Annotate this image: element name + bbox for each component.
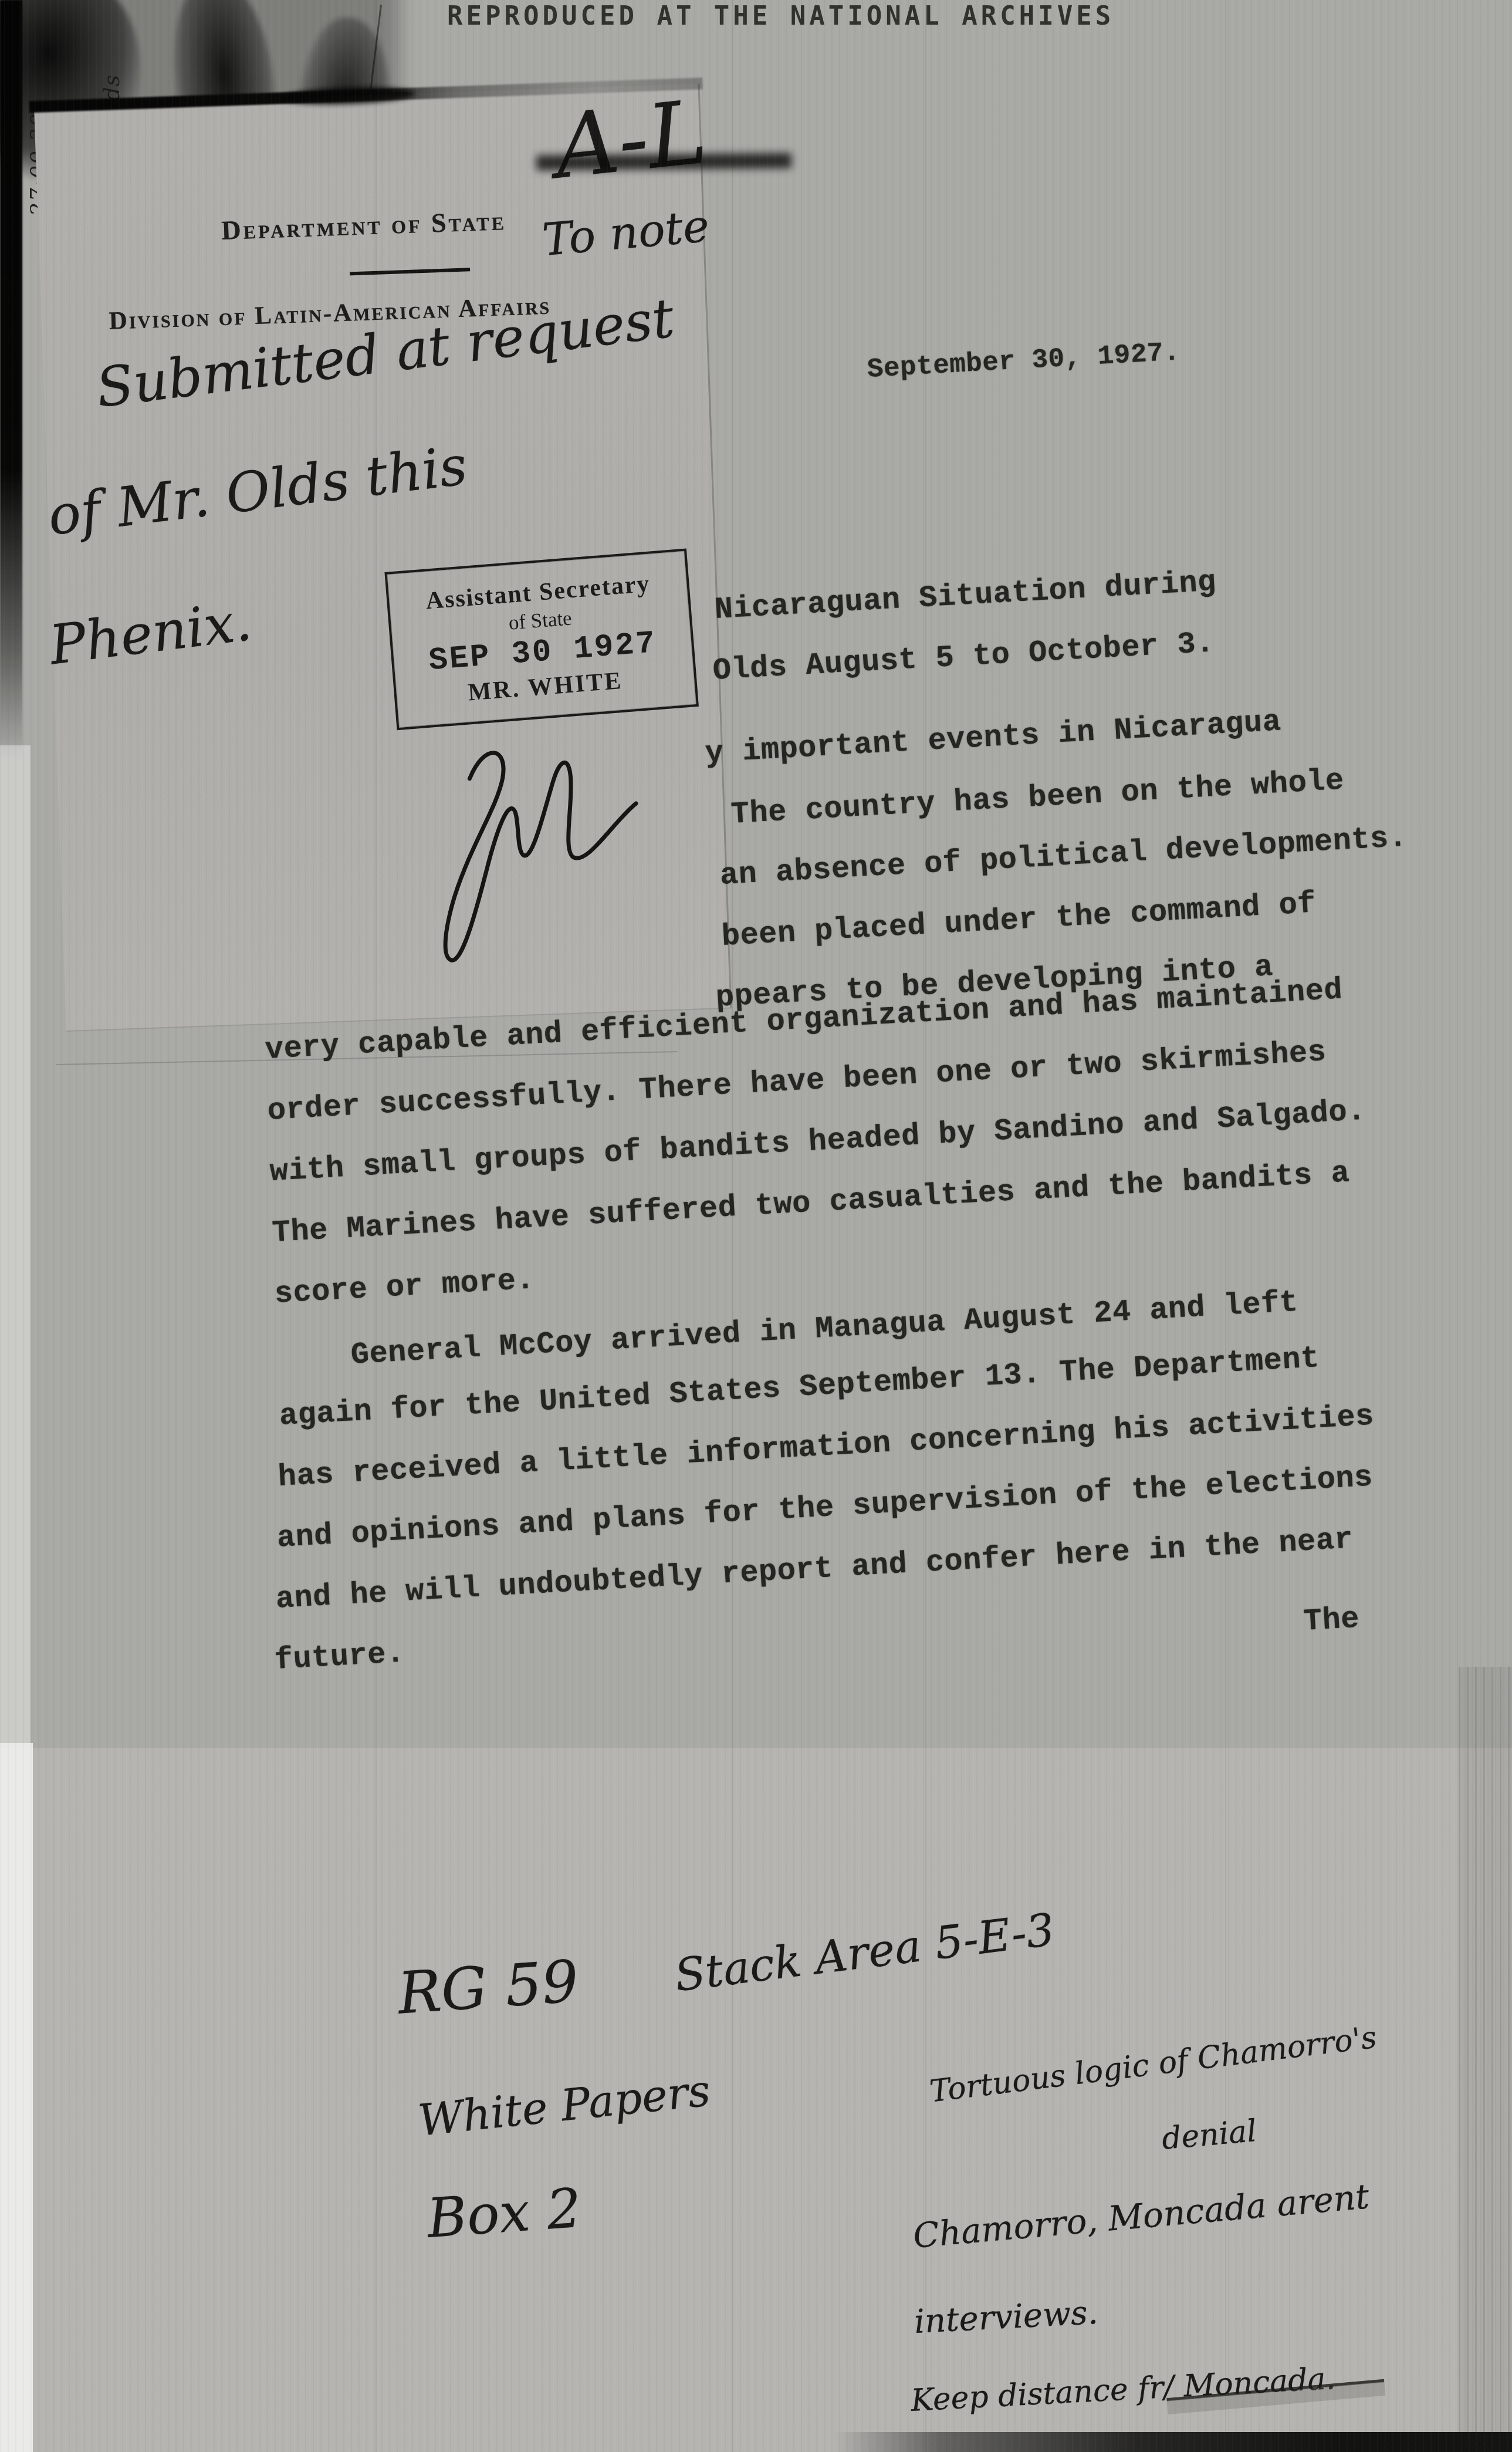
letterhead-rule (350, 268, 470, 275)
scan-streak (1225, 0, 1226, 2452)
scan-dark-bottom-edge (833, 2432, 1512, 2452)
pencil-strike (536, 153, 791, 171)
handwritten-classification-mark: A-L (550, 82, 711, 199)
typed-subject-line: Olds August 5 to October 3. (712, 626, 1215, 688)
typed-date: September 30, 1927. (867, 337, 1181, 385)
stamp-date: SEP 30 1927 (427, 626, 658, 679)
lower-sheet-background (0, 1748, 1512, 2452)
scan-streak (925, 0, 926, 2452)
scan-light-edge (0, 745, 31, 1743)
archive-reproduction-note: REPRODUCED AT THE NATIONAL ARCHIVES (447, 1, 1114, 31)
right-scan-texture-band (1459, 1667, 1512, 2452)
letterhead-department: Department of State (221, 205, 507, 246)
routing-slip: Department of State Division of Latin-Am… (34, 83, 732, 1032)
handwritten-to-note: To note (540, 200, 712, 266)
typed-line: future. (273, 1636, 405, 1678)
typed-line: score or more. (273, 1262, 535, 1312)
typed-line: an absence of political developments. (719, 820, 1408, 893)
scan-streak (732, 0, 733, 2452)
handwritten-record-group: RG 59 (395, 1948, 580, 2027)
typed-subject-line: Nicaraguan Situation during (713, 565, 1217, 627)
stamp-office-line: of State (508, 606, 573, 634)
scan-streak (376, 0, 377, 2452)
handwritten-submitted-line: of Mr. Olds this (45, 434, 471, 548)
scan-light-edge (0, 1743, 33, 2452)
date-received-stamp: Assistant Secretary of State SEP 30 1927… (384, 549, 699, 731)
handwritten-submitted-line: Phenix. (46, 590, 255, 677)
handwritten-box-number: Box 2 (425, 2177, 583, 2250)
typed-line: The country has been on the whole (730, 764, 1345, 832)
typed-line: been placed under the command of (721, 886, 1317, 954)
scan-dark-edge (0, 0, 22, 757)
typed-line: y important events in Nicaragua (704, 704, 1282, 771)
scanned-archive-document: { "colors": { "paper": "#a9a9a6", "paper… (0, 0, 1512, 2452)
initials-signature-scrawl (380, 732, 647, 981)
typed-catchword: The (1303, 1602, 1360, 1639)
